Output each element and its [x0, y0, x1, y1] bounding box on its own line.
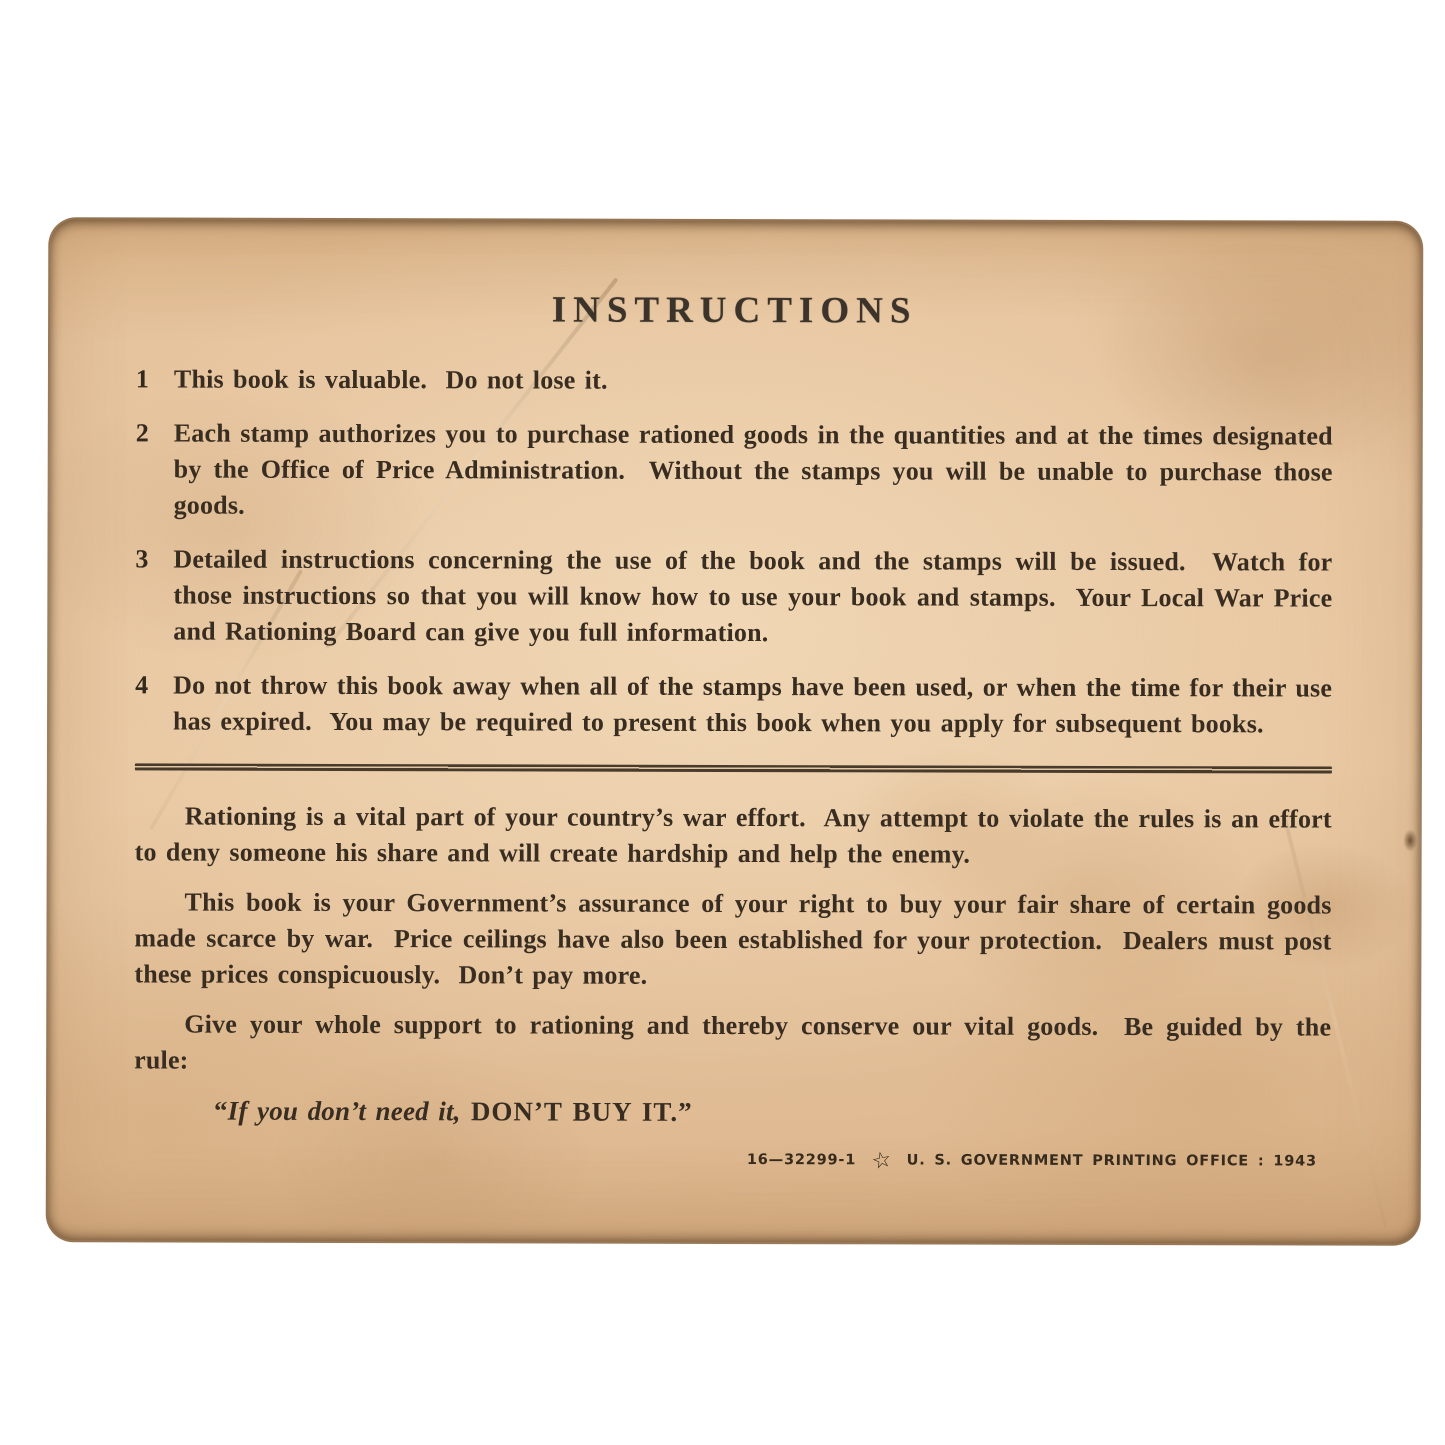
star-icon: ☆: [869, 1142, 896, 1181]
gpo-imprint-line: 16—32299-1☆U. S. GOVERNMENT PRINTING OFF…: [134, 1140, 1331, 1180]
instruction-item-1: 1 This book is valuable. Do not lose it.: [136, 361, 1333, 400]
quote-caps-text: DON’T BUY IT.: [461, 1096, 679, 1127]
paragraph-assurance: This book is your Government’s assurance…: [134, 884, 1331, 995]
quote-open: “: [214, 1096, 228, 1126]
imprint-code: 16—32299-1: [747, 1152, 856, 1168]
item-text: Each stamp authorizes you to purchase ra…: [174, 416, 1333, 527]
instruction-item-2: 2 Each stamp authorizes you to purchase …: [136, 415, 1333, 526]
section-divider-rule: [135, 763, 1332, 773]
item-number: 4: [135, 667, 173, 739]
instruction-item-3: 3 Detailed instructions concerning the u…: [135, 541, 1332, 652]
ration-book-back-page: INSTRUCTIONS 1 This book is valuable. Do…: [46, 217, 1424, 1246]
imprint-office: U. S. GOVERNMENT PRINTING OFFICE : 1943: [907, 1152, 1317, 1169]
item-text: This book is valuable. Do not lose it.: [174, 362, 1333, 401]
item-text: Detailed instructions concerning the use…: [173, 542, 1332, 653]
item-number: 2: [136, 415, 174, 523]
quote-close: ”: [678, 1097, 692, 1127]
item-number: 3: [135, 541, 173, 649]
scan-background: INSTRUCTIONS 1 This book is valuable. Do…: [0, 0, 1445, 1445]
item-number: 1: [136, 361, 174, 397]
slogan-quote: “If you don’t need it, DON’T BUY IT.”: [214, 1093, 1331, 1132]
item-text: Do not throw this book away when all of …: [173, 668, 1332, 743]
instruction-item-4: 4 Do not throw this book away when all o…: [135, 667, 1332, 742]
instructions-title: INSTRUCTIONS: [136, 289, 1333, 332]
paragraph-support: Give your whole support to rationing and…: [134, 1006, 1331, 1081]
printed-content: INSTRUCTIONS 1 This book is valuable. Do…: [48, 219, 1422, 1244]
paragraph-rationing: Rationing is a vital part of your countr…: [135, 798, 1332, 873]
instructions-list: 1 This book is valuable. Do not lose it.…: [135, 361, 1333, 742]
quote-italic-text: If you don’t need it,: [228, 1096, 461, 1127]
